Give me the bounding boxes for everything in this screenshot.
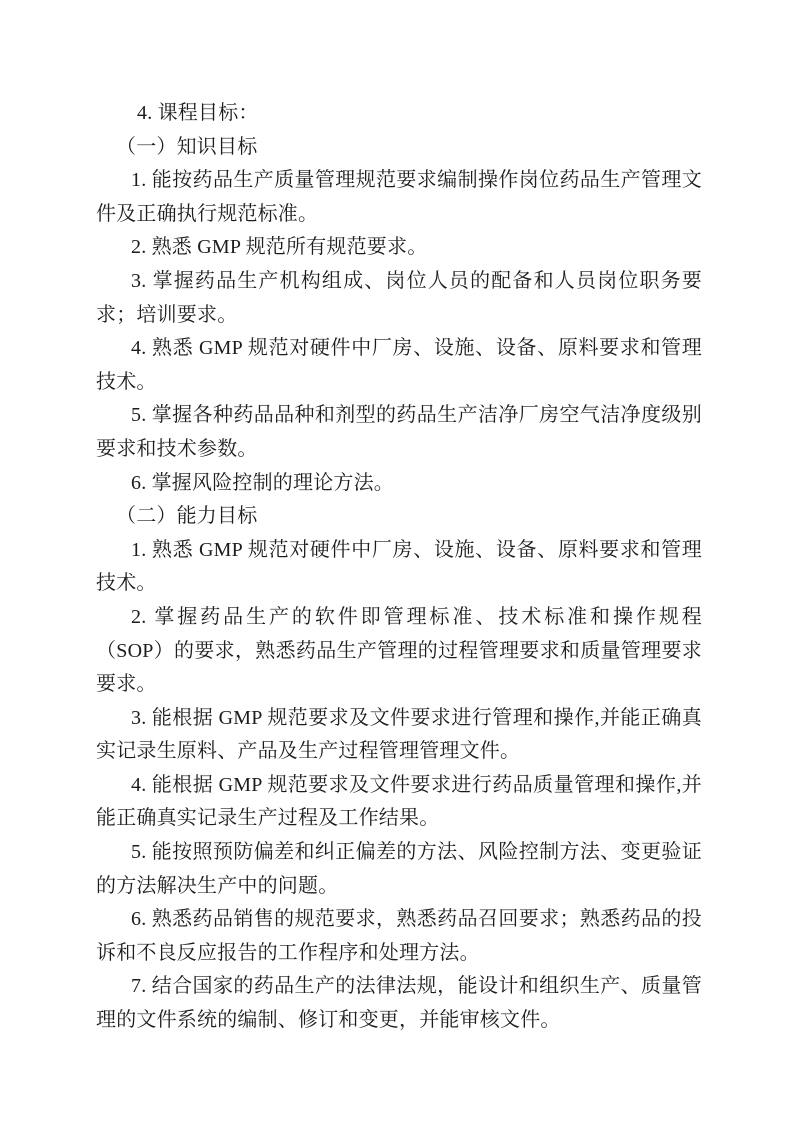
document-body: 4. 课程目标：（一）知识目标1. 能按药品生产质量管理规范要求编制操作岗位药品…: [96, 97, 702, 1038]
paragraph: 4. 能根据 GMP 规范要求及文件要求进行药品质量管理和操作,并能正确真实记录…: [96, 769, 702, 836]
paragraph: 6. 掌握风险控制的理论方法。: [96, 467, 702, 501]
paragraph: 1. 熟悉 GMP 规范对硬件中厂房、设施、设备、原料要求和管理技术。: [96, 534, 702, 601]
paragraph: 1. 能按药品生产质量管理规范要求编制操作岗位药品生产管理文件及正确执行规范标准…: [96, 164, 702, 231]
paragraph: （一）知识目标: [96, 131, 702, 165]
paragraph: （二）能力目标: [96, 500, 702, 534]
paragraph: 6. 熟悉药品销售的规范要求，熟悉药品召回要求；熟悉药品的投诉和不良反应报告的工…: [96, 903, 702, 970]
paragraph: 3. 掌握药品生产机构组成、岗位人员的配备和人员岗位职务要求；培训要求。: [96, 265, 702, 332]
paragraph: 7. 结合国家的药品生产的法律法规，能设计和组织生产、质量管理的文件系统的编制、…: [96, 970, 702, 1037]
paragraph: 5. 掌握各种药品品种和剂型的药品生产洁净厂房空气洁净度级别要求和技术参数。: [96, 399, 702, 466]
paragraph: 2. 掌握药品生产的软件即管理标准、技术标准和操作规程（SOP）的要求，熟悉药品…: [96, 601, 702, 702]
paragraph: 4. 课程目标：: [96, 97, 702, 131]
paragraph: 4. 熟悉 GMP 规范对硬件中厂房、设施、设备、原料要求和管理技术。: [96, 332, 702, 399]
paragraph: 3. 能根据 GMP 规范要求及文件要求进行管理和操作,并能正确真实记录生原料、…: [96, 702, 702, 769]
paragraph: 2. 熟悉 GMP 规范所有规范要求。: [96, 231, 702, 265]
document-page: 4. 课程目标：（一）知识目标1. 能按药品生产质量管理规范要求编制操作岗位药品…: [0, 0, 793, 1122]
paragraph: 5. 能按照预防偏差和纠正偏差的方法、风险控制方法、变更验证的方法解决生产中的问…: [96, 836, 702, 903]
